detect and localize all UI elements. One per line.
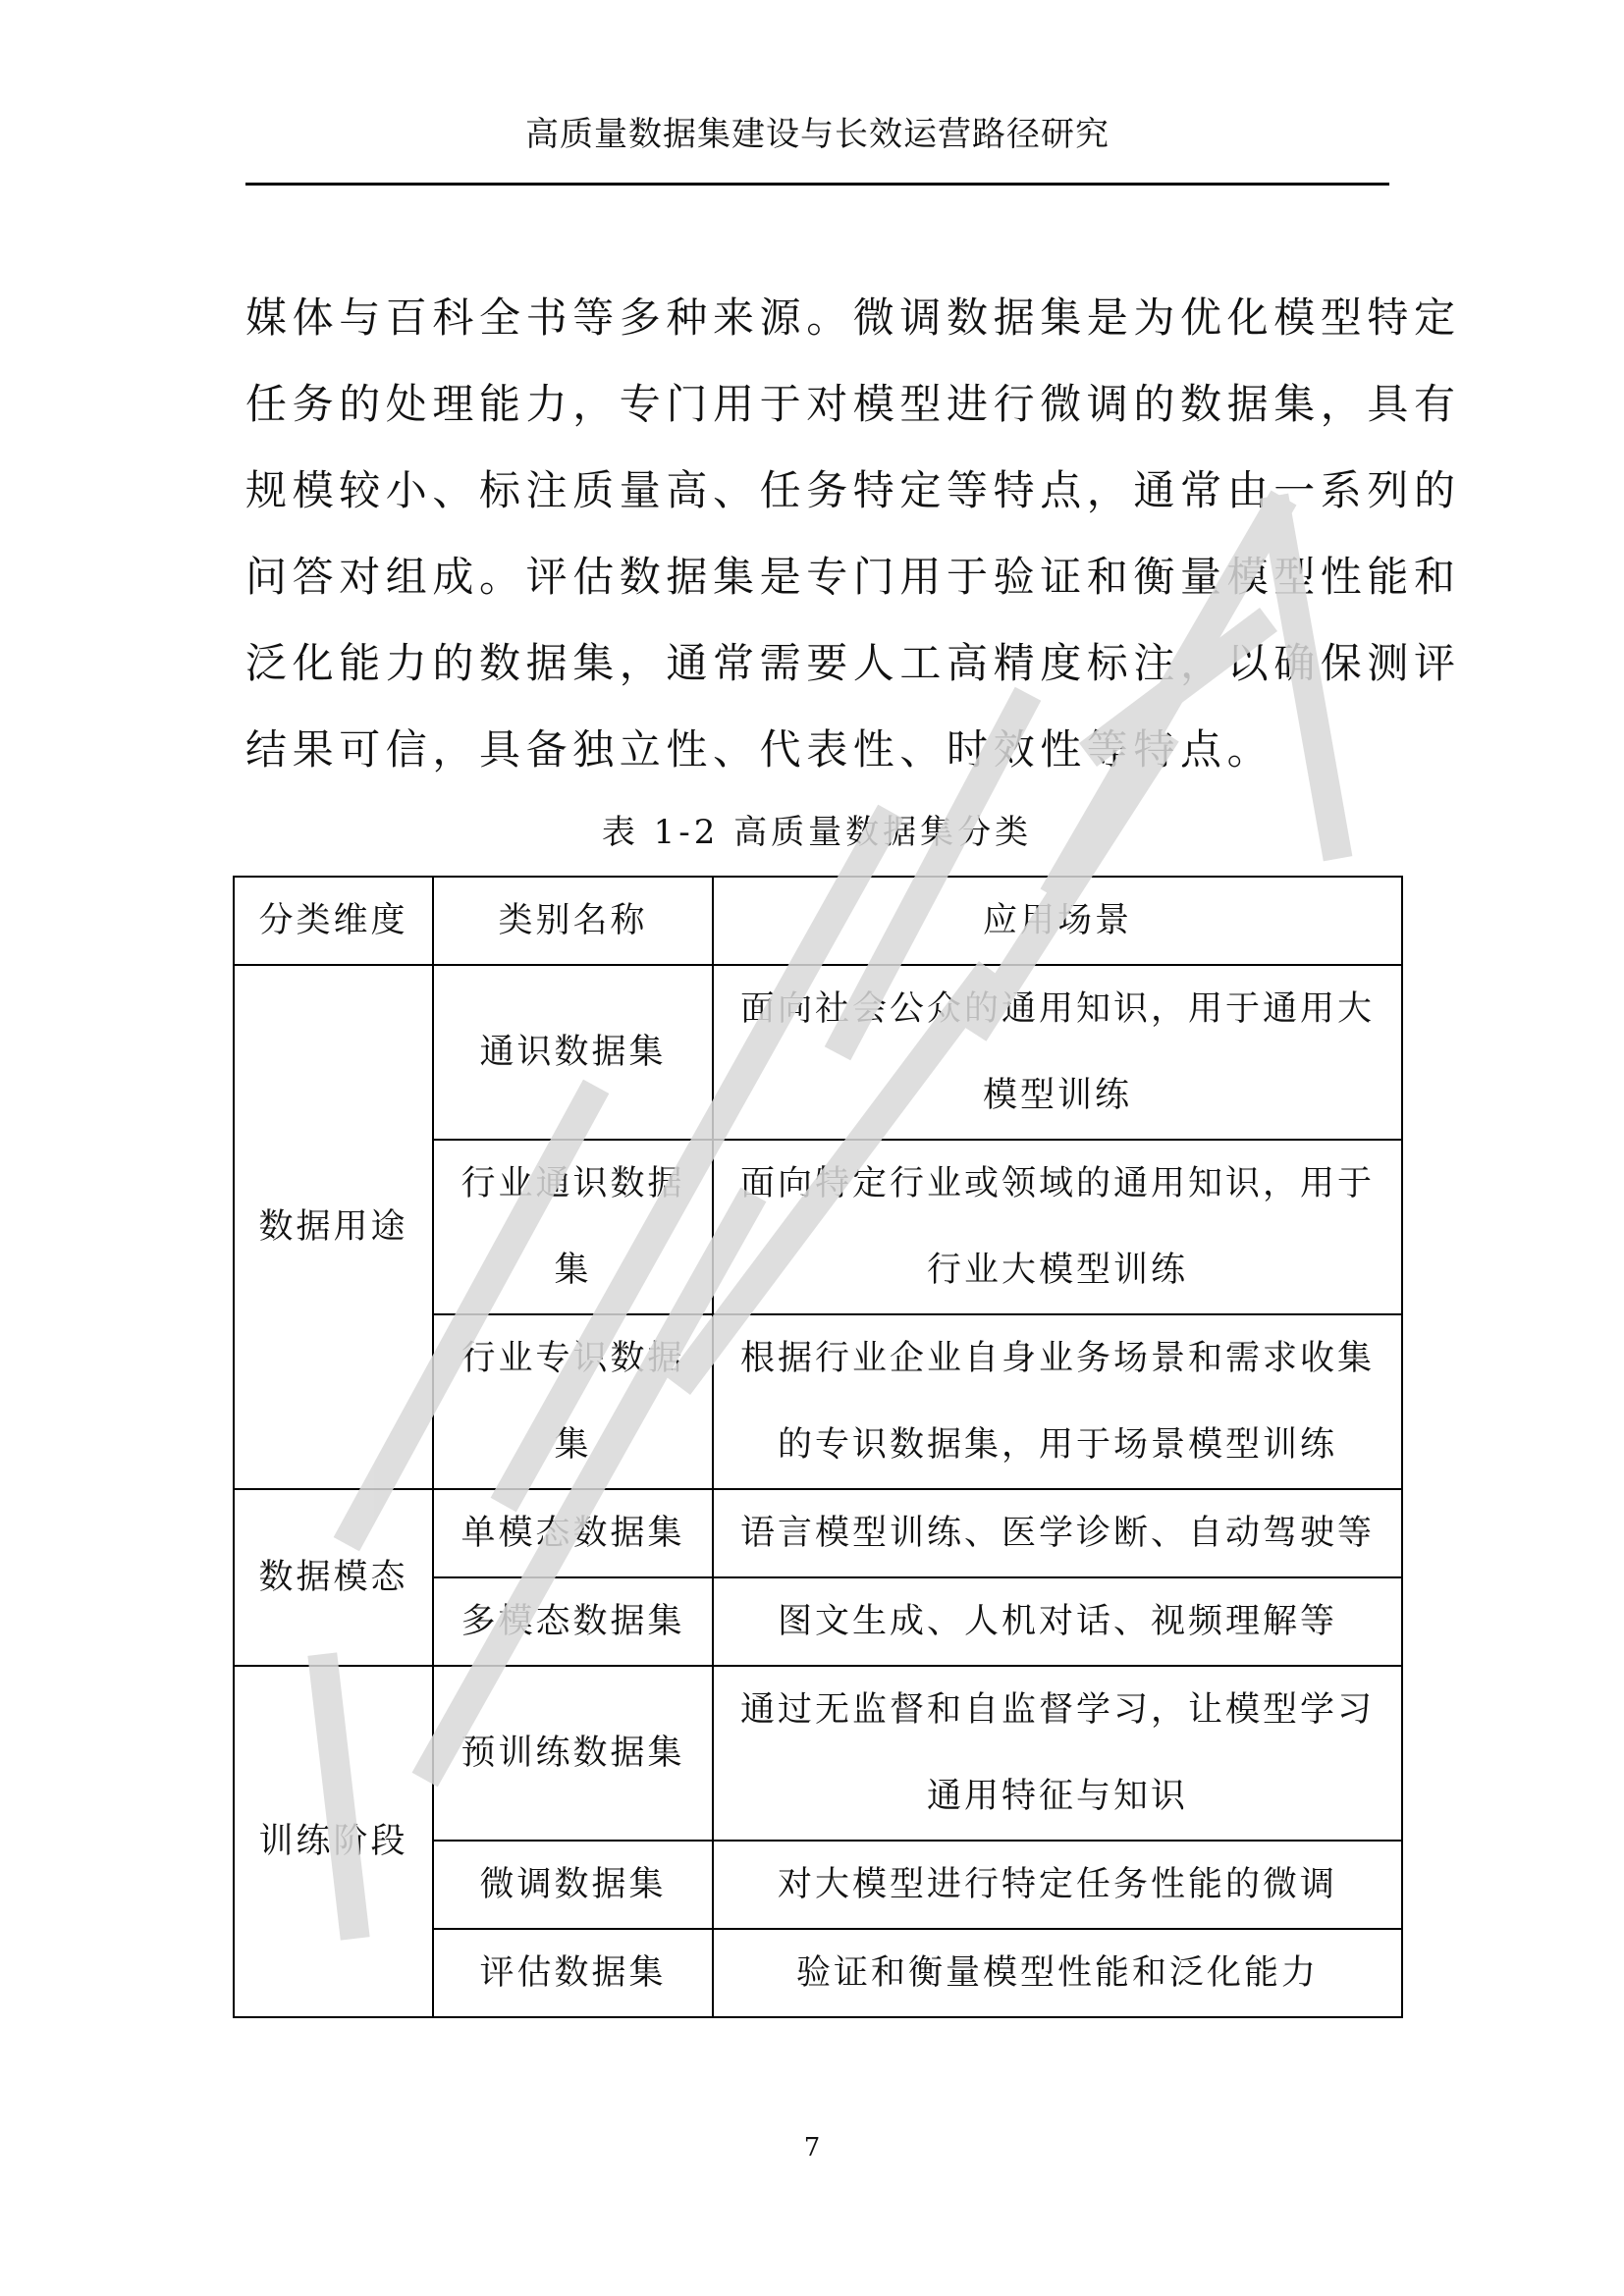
application-cell: 通过无监督和自监督学习，让模型学习通用特征与知识 [713,1666,1402,1841]
body-line: 泛化能力的数据集，通常需要人工高精度标注，以确保测评 [245,620,1389,707]
application-cell: 面向社会公众的通用知识，用于通用大模型训练 [713,965,1402,1140]
header-dimension: 分类维度 [234,877,433,965]
category-cell: 行业专识数据集 [433,1314,713,1489]
header-rule [245,183,1389,186]
page-header-title: 高质量数据集建设与长效运营路径研究 [245,110,1389,159]
table-header-row: 分类维度 类别名称 应用场景 [234,877,1402,965]
category-cell: 单模态数据集 [433,1489,713,1577]
category-cell: 微调数据集 [433,1841,713,1929]
application-cell: 面向特定行业或领域的通用知识，用于行业大模型训练 [713,1140,1402,1314]
application-cell: 语言模型训练、医学诊断、自动驾驶等 [713,1489,1402,1577]
category-cell: 通识数据集 [433,965,713,1140]
dimension-cell: 数据模态 [234,1489,433,1666]
application-cell: 验证和衡量模型性能和泛化能力 [713,1929,1402,2017]
body-line: 规模较小、标注质量高、任务特定等特点，通常由一系列的 [245,448,1389,534]
dimension-cell: 数据用途 [234,965,433,1489]
body-line: 媒体与百科全书等多种来源。微调数据集是为优化模型特定 [245,275,1389,361]
body-paragraph: 媒体与百科全书等多种来源。微调数据集是为优化模型特定 任务的处理能力，专门用于对… [245,275,1389,793]
body-line: 问答对组成。评估数据集是专门用于验证和衡量模型性能和 [245,534,1389,620]
table-row: 数据模态 单模态数据集 语言模型训练、医学诊断、自动驾驶等 [234,1489,1402,1577]
application-cell: 对大模型进行特定任务性能的微调 [713,1841,1402,1929]
classification-table: 分类维度 类别名称 应用场景 数据用途 通识数据集 面向社会公众的通用知识，用于… [233,876,1403,2018]
table-caption: 表 1-2 高质量数据集分类 [233,807,1401,858]
page-number: 7 [0,2128,1624,2167]
body-line: 结果可信，具备独立性、代表性、时效性等特点。 [245,707,1389,793]
category-cell: 预训练数据集 [433,1666,713,1841]
dimension-cell: 训练阶段 [234,1666,433,2017]
category-cell: 评估数据集 [433,1929,713,2017]
category-cell: 行业通识数据集 [433,1140,713,1314]
body-line: 任务的处理能力，专门用于对模型进行微调的数据集，具有 [245,361,1389,448]
application-cell: 图文生成、人机对话、视频理解等 [713,1577,1402,1666]
header-category-name: 类别名称 [433,877,713,965]
category-cell: 多模态数据集 [433,1577,713,1666]
table-row: 数据用途 通识数据集 面向社会公众的通用知识，用于通用大模型训练 [234,965,1402,1140]
application-cell: 根据行业企业自身业务场景和需求收集的专识数据集，用于场景模型训练 [713,1314,1402,1489]
header-application: 应用场景 [713,877,1402,965]
table-row: 训练阶段 预训练数据集 通过无监督和自监督学习，让模型学习通用特征与知识 [234,1666,1402,1841]
